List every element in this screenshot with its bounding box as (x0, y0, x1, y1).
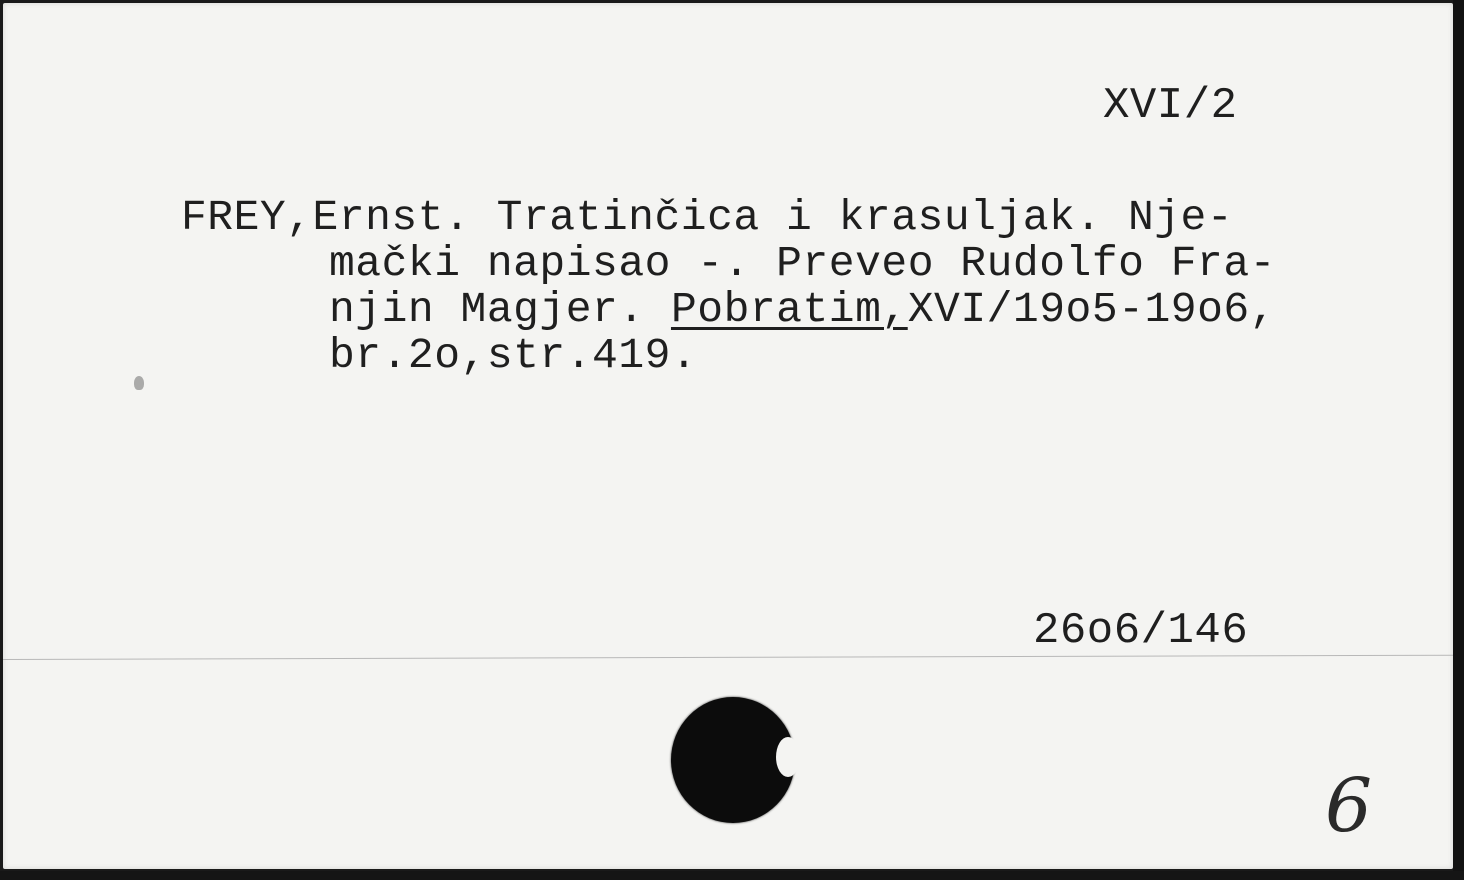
catalog-card: XVI/2 FREY,Ernst. Tratinčica i krasuljak… (3, 3, 1453, 869)
scan-border-bottom (0, 871, 1464, 880)
journal-title: Pobratim, (671, 285, 908, 334)
entry-line-3-prefix: njin Magjer. (329, 285, 671, 334)
entry-line-2: mački napisao -. Preveo Rudolfo Fra- (329, 239, 1276, 288)
entry-line-4: br.2o,str.419. (329, 331, 697, 380)
punch-hole (671, 697, 795, 823)
call-number-bottom: 26o6/146 (1033, 606, 1248, 656)
ruled-line (3, 655, 1455, 660)
scan-border-right (1453, 0, 1464, 880)
handwritten-mark: 6 (1325, 763, 1372, 849)
call-number-top: XVI/2 (1103, 81, 1238, 131)
entry-line-1: FREY,Ernst. Tratinčica i krasuljak. Nje- (181, 193, 1233, 242)
bibliographic-entry: FREY,Ernst. Tratinčica i krasuljak. Nje-… (181, 195, 1276, 379)
entry-line-3-suffix: XVI/19o5-19o6, (908, 285, 1276, 334)
ink-smudge (134, 376, 144, 390)
